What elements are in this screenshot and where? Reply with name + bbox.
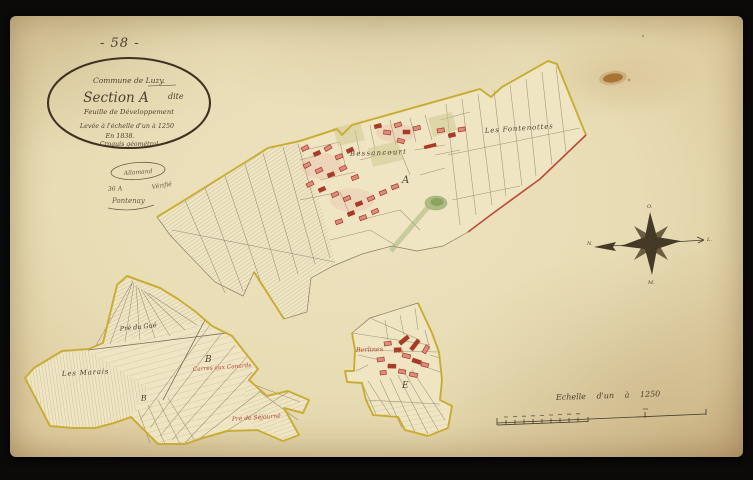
map-artwork: - 58 - Commune de Luzy. Section A dite F…	[0, 0, 753, 480]
compass-letter-left: N.	[586, 241, 593, 247]
cartouche-author-line: Croquis géométral	[100, 141, 158, 148]
section-letter-a: A	[401, 175, 409, 186]
bl-east-lobe-hatch	[240, 380, 309, 441]
scale-label: Echelle d'un à 1250	[555, 389, 661, 402]
scanned-cadastral-map-photo: - 58 - Commune de Luzy. Section A dite F…	[0, 0, 753, 480]
page-number: - 58 -	[100, 36, 140, 51]
compass-letter-right: L.	[706, 237, 712, 243]
hamlet-suffix-label: bas	[394, 349, 404, 355]
stain-dot	[628, 79, 631, 82]
archive-signatures: Allamand 36 A Vérifié Pontenay	[108, 161, 173, 210]
paraph-signature: Vérifié	[151, 181, 172, 191]
compass-letter-top: O.	[647, 204, 653, 210]
scale-bar-line	[497, 414, 706, 425]
surveyor-signature: Pontenay	[111, 197, 146, 205]
reference-note: 36 A	[108, 185, 123, 193]
pond-center	[431, 198, 444, 206]
title-cartouche: Commune de Luzy. Section A dite Feuille …	[48, 58, 210, 148]
paper-stains	[598, 35, 644, 87]
commune-underline	[148, 85, 176, 86]
cartouche-commune-line: Commune de Luzy.	[93, 76, 165, 85]
cartouche-sheet-line: Feuille de Développement	[83, 108, 174, 116]
section-letter-b: B	[204, 355, 212, 365]
scale-micro-marks	[504, 409, 648, 417]
section-letter-b2: B	[139, 394, 147, 404]
hamlet-name-label: Berlines	[355, 345, 384, 354]
signature-flourish	[108, 205, 154, 210]
speck	[642, 35, 644, 37]
cartouche-section-title: Section A	[83, 90, 149, 106]
compass-west-arrow	[594, 242, 616, 251]
bottom-left-map-section: Pré du Gué Les Marais B Carres aux Canar…	[25, 276, 309, 444]
compass-rose: O. M. N. L.	[586, 204, 712, 286]
stamp-text: Allamand	[123, 168, 153, 177]
main-map-section: Bessancourt Les Fontenottes A	[157, 61, 586, 319]
bottom-center-map-section: Berlines bas E	[345, 303, 452, 436]
compass-letter-bottom: M.	[647, 280, 655, 286]
cartouche-section-suffix: dite	[168, 92, 184, 101]
compass-main-star	[621, 212, 681, 275]
section-letter-e: E	[401, 381, 409, 391]
cartouche-year-line: En 1838.	[104, 132, 134, 140]
scale-major-ticks	[497, 409, 706, 425]
cartouche-survey-line: Levée à l'échelle d'un à 1250	[79, 122, 174, 130]
scale-bar: Echelle d'un à 1250	[497, 389, 706, 425]
